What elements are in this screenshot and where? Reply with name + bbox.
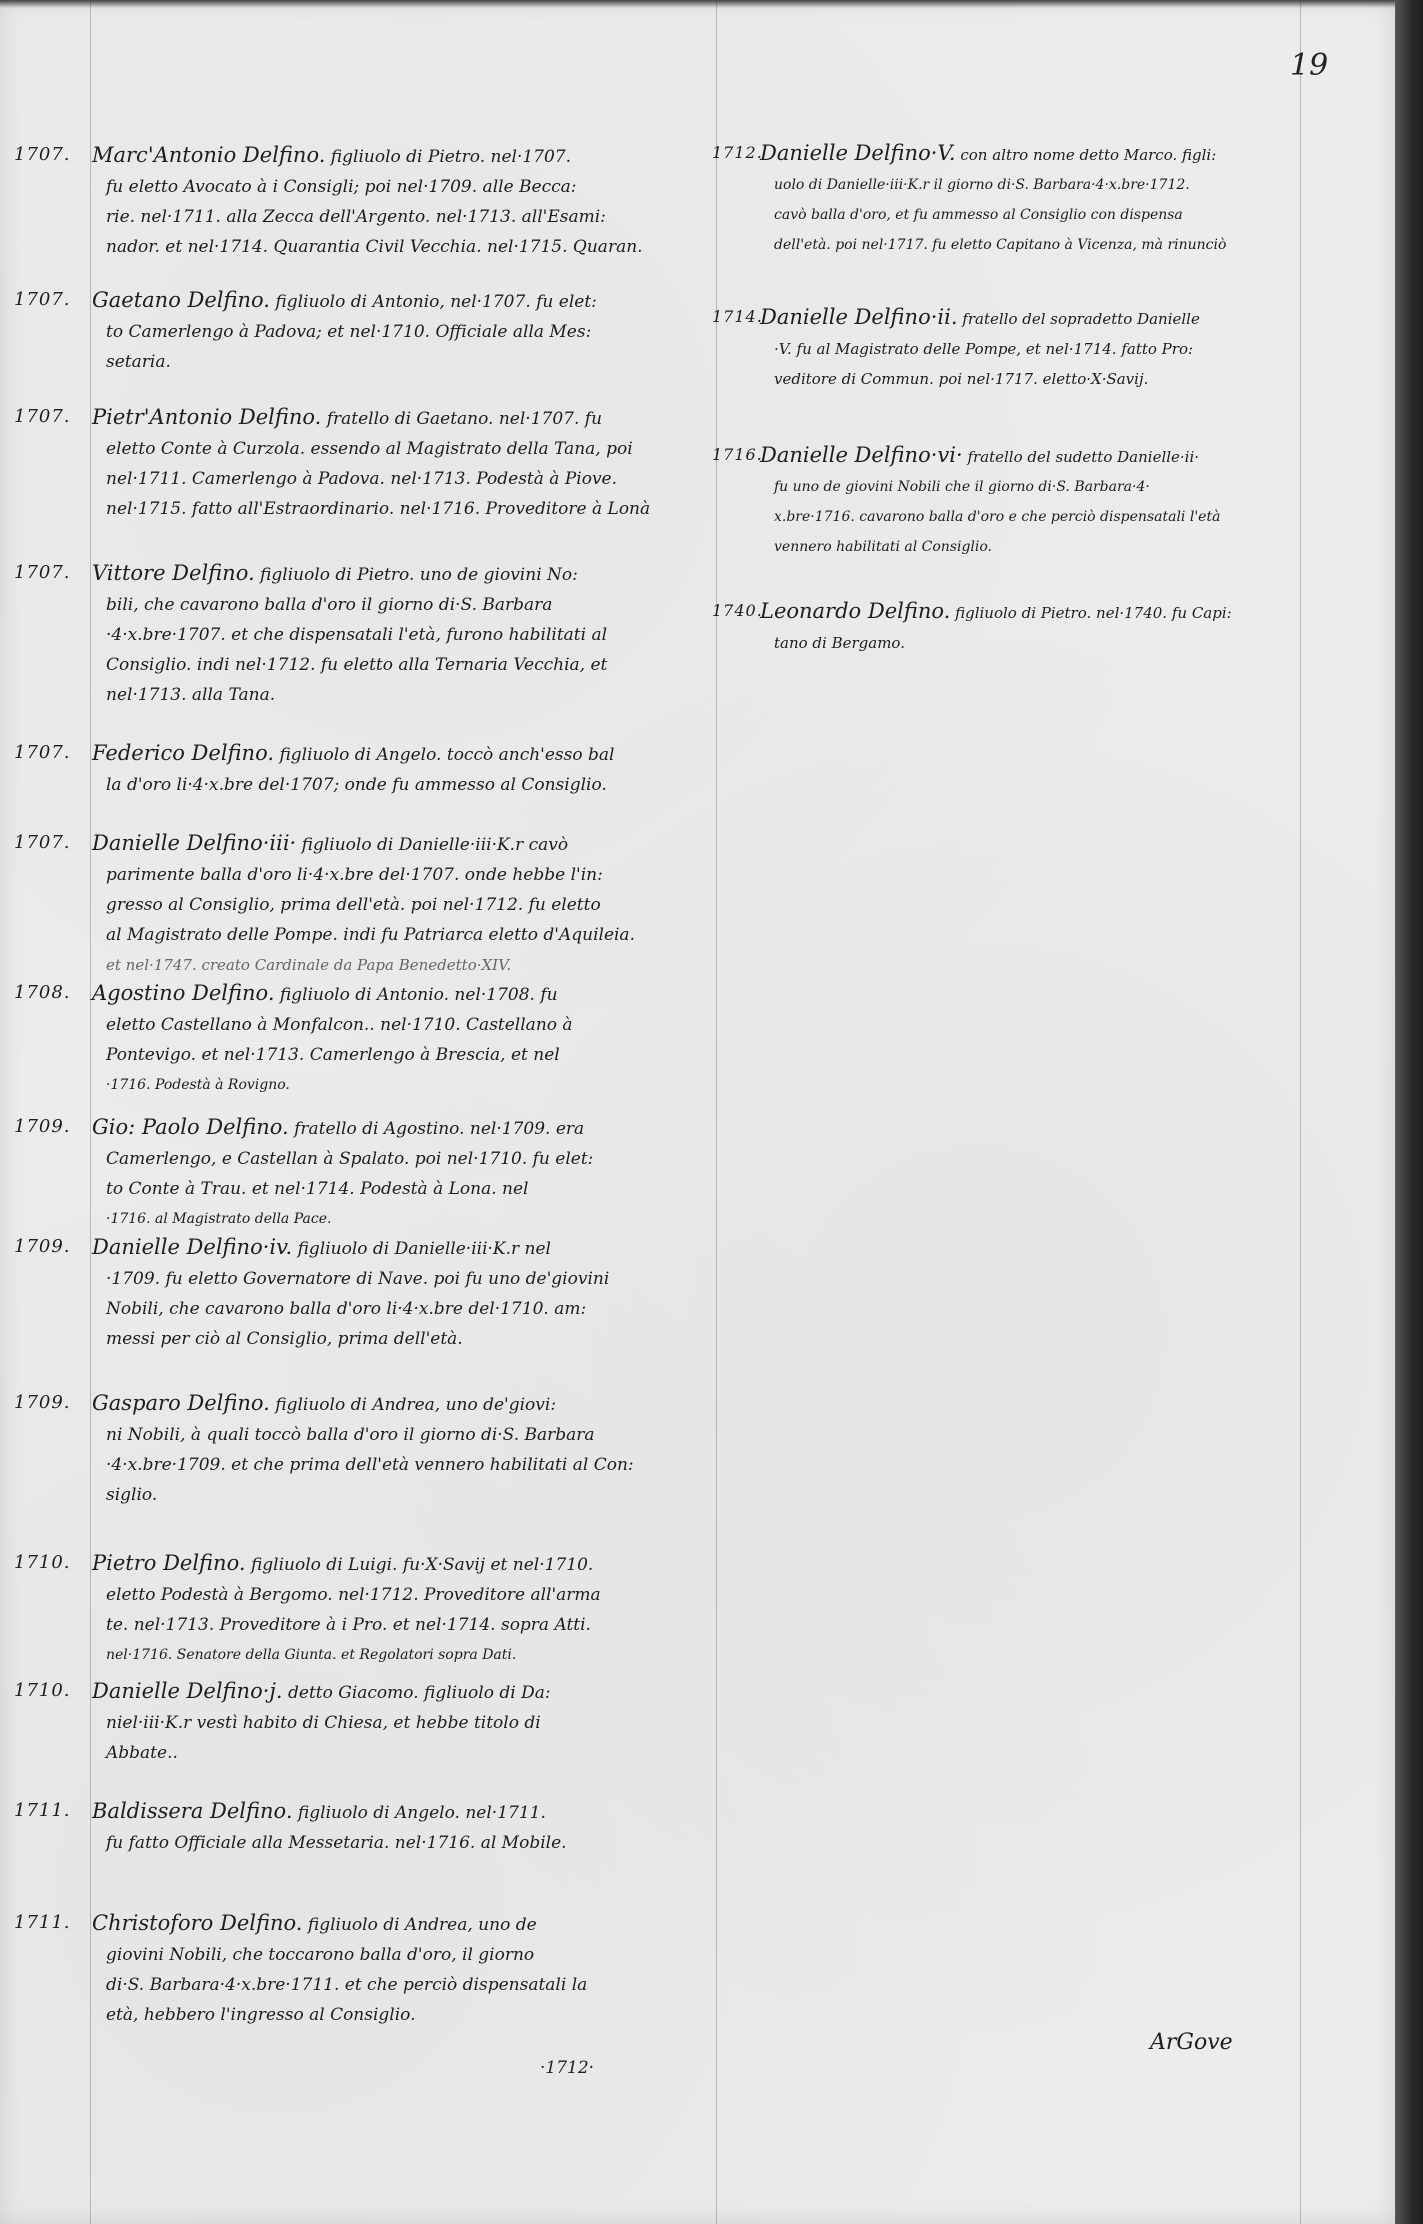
entry-pietrantonio: 1707. Pietr'Antonio Delfino. fratello di…: [14, 402, 704, 524]
entry-name: Danielle Delfino·V.: [760, 141, 956, 165]
entry-text: al Magistrato delle Pompe. indi fu Patri…: [92, 920, 704, 950]
entry-year: 1710.: [14, 1676, 84, 1706]
entry-name: Danielle Delfino·iii·: [92, 831, 296, 855]
entry-text: figliuolo di Danielle·iii·K.r nel: [298, 1239, 551, 1259]
entry-danielle-iv: 1709. Danielle Delfino·iv. figliuolo di …: [14, 1232, 704, 1354]
entry-text: nador. et nel·1714. Quarantia Civil Vecc…: [92, 232, 704, 262]
entry-year: 1714.: [712, 302, 754, 332]
entry-danielle-ii: 1714. Danielle Delfino·ii. fratello del …: [712, 302, 1292, 394]
catchword: ArGove: [1150, 2030, 1233, 2055]
entry-name: Gasparo Delfino.: [92, 1391, 270, 1415]
entry-year: 1740.: [712, 596, 754, 626]
entry-text: nel·1715. fatto all'Estraordinario. nel·…: [92, 494, 704, 524]
entry-name: Leonardo Delfino.: [760, 599, 950, 623]
scan-edge-top: [0, 0, 1423, 8]
folio-number: 19: [1290, 48, 1328, 83]
entry-text: figliuolo di Andrea, uno de: [308, 1915, 537, 1935]
entry-name: Pietro Delfino.: [92, 1551, 246, 1575]
manuscript-page: 19 1707. Marc'Antonio Delfino. figliuolo…: [0, 0, 1395, 2224]
entry-text: x.bre·1716. cavarono balla d'oro e che p…: [760, 502, 1292, 532]
entry-text: Pontevigo. et nel·1713. Camerlengo à Bre…: [92, 1040, 704, 1070]
scan-edge-right: [1395, 0, 1423, 2224]
entry-name: Danielle Delfino·ii.: [760, 305, 958, 329]
entry-name: Danielle Delfino·iv.: [92, 1235, 292, 1259]
entry-text: detto Giacomo. figliuolo di Da:: [288, 1683, 551, 1703]
entry-name: Vittore Delfino.: [92, 561, 255, 585]
entry-text: figliuolo di Pietro. uno de giovini No:: [260, 565, 578, 585]
entry-text: uolo di Danielle·iii·K.r il giorno di·S.…: [760, 170, 1292, 200]
entry-baldissera: 1711. Baldissera Delfino. figliuolo di A…: [14, 1796, 704, 1858]
catch-year: ·1712·: [540, 2058, 594, 2078]
entry-text: parimente balla d'oro li·4·x.bre del·170…: [92, 860, 704, 890]
entry-year: 1709.: [14, 1112, 84, 1142]
entry-text: fratello di Agostino. nel·1709. era: [294, 1119, 584, 1139]
entry-text: figliuolo di Pietro. nel·1707.: [331, 147, 571, 167]
entry-text: età, hebbero l'ingresso al Consiglio.: [92, 2000, 704, 2030]
entry-text: ·V. fu al Magistrato delle Pompe, et nel…: [760, 334, 1292, 364]
entry-text: ·1709. fu eletto Governatore di Nave. po…: [92, 1264, 704, 1294]
entry-year: 1707.: [14, 285, 84, 315]
entry-text: ·1716. Podestà à Rovigno.: [92, 1070, 704, 1100]
entry-year: 1707.: [14, 140, 84, 170]
entry-text: messi per ciò al Consiglio, prima dell'e…: [92, 1324, 704, 1354]
entry-text: figliuolo di Antonio, nel·1707. fu elet:: [275, 292, 596, 312]
entry-text: to Camerlengo à Padova; et nel·1710. Off…: [92, 317, 704, 347]
entry-marcantonio: 1707. Marc'Antonio Delfino. figliuolo di…: [14, 140, 704, 262]
entry-year: 1709.: [14, 1232, 84, 1262]
entry-text: rie. nel·1711. alla Zecca dell'Argento. …: [92, 202, 704, 232]
entry-text: vennero habilitati al Consiglio.: [760, 532, 1292, 562]
entry-text: fu uno de giovini Nobili che il giorno d…: [760, 472, 1292, 502]
entry-text: con altro nome detto Marco. figli:: [960, 146, 1216, 164]
entry-addendum: et nel·1747. creato Cardinale da Papa Be…: [92, 950, 704, 980]
entry-text: figliuolo di Angelo. nel·1711.: [298, 1803, 546, 1823]
entry-name: Danielle Delfino·j.: [92, 1679, 283, 1703]
entry-name: Danielle Delfino·vi·: [760, 443, 963, 467]
entry-text: giovini Nobili, che toccarono balla d'or…: [92, 1940, 704, 1970]
entry-text: nel·1713. alla Tana.: [92, 680, 704, 710]
entry-year: 1707.: [14, 402, 84, 432]
entry-text: fratello del sopradetto Danielle: [962, 310, 1200, 328]
entry-name: Federico Delfino.: [92, 741, 274, 765]
entry-text: ·1716. al Magistrato della Pace.: [92, 1204, 704, 1234]
entry-text: veditore di Commun. poi nel·1717. eletto…: [760, 364, 1292, 394]
entry-addendum: nel·1716. Senatore della Giunta. et Rego…: [92, 1640, 704, 1670]
entry-text: eletto Castellano à Monfalcon.. nel·1710…: [92, 1010, 704, 1040]
entry-danielle-vi: 1716. Danielle Delfino·vi· fratello del …: [712, 440, 1292, 562]
entry-vittore: 1707. Vittore Delfino. figliuolo di Piet…: [14, 558, 704, 710]
entry-text: Consiglio. indi nel·1712. fu eletto alla…: [92, 650, 704, 680]
entry-year: 1712.: [712, 138, 754, 168]
entry-text: figliuolo di Angelo. toccò anch'esso bal: [279, 745, 614, 765]
entry-text: tano di Bergamo.: [760, 628, 1292, 658]
entry-text: figliuolo di Andrea, uno de'giovi:: [275, 1395, 556, 1415]
entry-text: eletto Podestà à Bergomo. nel·1712. Prov…: [92, 1580, 704, 1610]
entry-text: cavò balla d'oro, et fu ammesso al Consi…: [760, 200, 1292, 230]
entry-text: gresso al Consiglio, prima dell'età. poi…: [92, 890, 704, 920]
entry-text: setaria.: [92, 347, 704, 377]
entry-text: dell'età. poi nel·1717. fu eletto Capita…: [760, 230, 1292, 260]
entry-year: 1707.: [14, 738, 84, 768]
entry-name: Gio: Paolo Delfino.: [92, 1115, 289, 1139]
entry-year: 1711.: [14, 1908, 84, 1938]
entry-text: to Conte à Trau. et nel·1714. Podestà à …: [92, 1174, 704, 1204]
entry-gaetano: 1707. Gaetano Delfino. figliuolo di Anto…: [14, 285, 704, 377]
entry-text: ni Nobili, à quali toccò balla d'oro il …: [92, 1420, 704, 1450]
entry-leonardo: 1740. Leonardo Delfino. figliuolo di Pie…: [712, 596, 1292, 658]
entry-text: ·4·x.bre·1707. et che dispensatali l'età…: [92, 620, 704, 650]
entry-danielle-iii: 1707. Danielle Delfino·iii· figliuolo di…: [14, 828, 704, 980]
entry-year: 1707.: [14, 558, 84, 588]
entry-pietro: 1710. Pietro Delfino. figliuolo di Luigi…: [14, 1548, 704, 1670]
entry-text: siglio.: [92, 1480, 704, 1510]
entry-giopaolo: 1709. Gio: Paolo Delfino. fratello di Ag…: [14, 1112, 704, 1234]
entry-text: Camerlengo, e Castellan à Spalato. poi n…: [92, 1144, 704, 1174]
entry-danielle-v: 1712. Danielle Delfino·V. con altro nome…: [712, 138, 1292, 260]
entry-text: niel·iii·K.r vestì habito di Chiesa, et …: [92, 1708, 704, 1738]
entry-text: eletto Conte à Curzola. essendo al Magis…: [92, 434, 704, 464]
entry-name: Baldissera Delfino.: [92, 1799, 293, 1823]
entry-danielle-j: 1710. Danielle Delfino·j. detto Giacomo.…: [14, 1676, 704, 1768]
entry-year: 1711.: [14, 1796, 84, 1826]
entry-text: fu fatto Officiale alla Messetaria. nel·…: [92, 1828, 704, 1858]
entry-year: 1710.: [14, 1548, 84, 1578]
entry-year: 1707.: [14, 828, 84, 858]
entry-year: 1709.: [14, 1388, 84, 1418]
entry-name: Gaetano Delfino.: [92, 288, 270, 312]
entry-text: Abbate..: [92, 1738, 704, 1768]
entry-gasparo: 1709. Gasparo Delfino. figliuolo di Andr…: [14, 1388, 704, 1510]
entry-text: figliuolo di Luigi. fu·X·Savij et nel·17…: [251, 1555, 593, 1575]
entry-federico: 1707. Federico Delfino. figliuolo di Ang…: [14, 738, 704, 800]
entry-text: figliuolo di Pietro. nel·1740. fu Capi:: [955, 604, 1232, 622]
entry-text: fu eletto Avocato à i Consigli; poi nel·…: [92, 172, 704, 202]
entry-text: fratello di Gaetano. nel·1707. fu: [327, 409, 602, 429]
right-margin-rule: [1300, 0, 1301, 2224]
entry-text: di·S. Barbara·4·x.bre·1711. et che perci…: [92, 1970, 704, 2000]
entry-text: ·4·x.bre·1709. et che prima dell'età ven…: [92, 1450, 704, 1480]
entry-text: bili, che cavarono balla d'oro il giorno…: [92, 590, 704, 620]
entry-name: Christoforo Delfino.: [92, 1911, 302, 1935]
entry-name: Marc'Antonio Delfino.: [92, 143, 325, 167]
entry-name: Pietr'Antonio Delfino.: [92, 405, 321, 429]
entry-year: 1708.: [14, 978, 84, 1008]
entry-text: fratello del sudetto Danielle·ii·: [967, 448, 1199, 466]
entry-text: figliuolo di Danielle·iii·K.r cavò: [302, 835, 568, 855]
entry-agostino: 1708. Agostino Delfino. figliuolo di Ant…: [14, 978, 704, 1100]
entry-year: 1716.: [712, 440, 754, 470]
entry-text: Nobili, che cavarono balla d'oro li·4·x.…: [92, 1294, 704, 1324]
entry-text: figliuolo di Antonio. nel·1708. fu: [280, 985, 558, 1005]
entry-christoforo: 1711. Christoforo Delfino. figliuolo di …: [14, 1908, 704, 2030]
entry-name: Agostino Delfino.: [92, 981, 275, 1005]
entry-text: nel·1711. Camerlengo à Padova. nel·1713.…: [92, 464, 704, 494]
entry-text: la d'oro li·4·x.bre del·1707; onde fu am…: [92, 770, 704, 800]
entry-text: te. nel·1713. Proveditore à i Pro. et ne…: [92, 1610, 704, 1640]
